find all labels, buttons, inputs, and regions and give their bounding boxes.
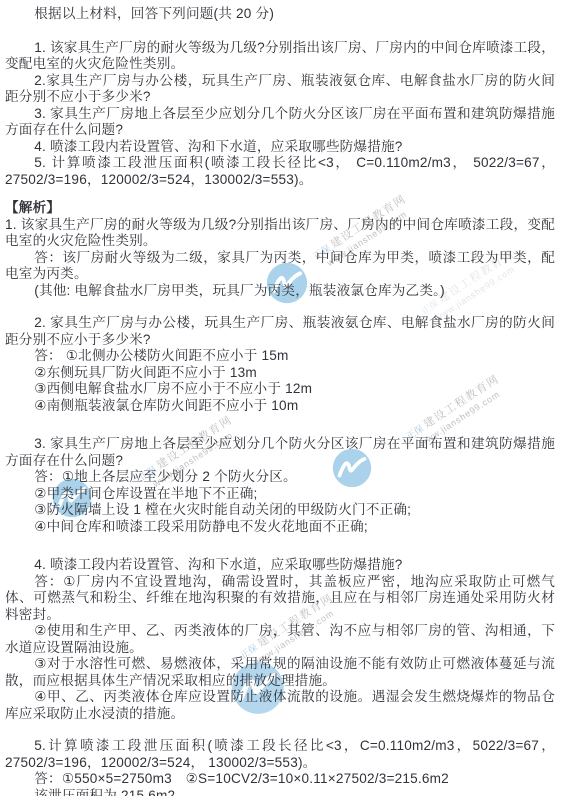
paragraph: 4. 喷漆工段内若设置管、沟和下水道，应采取哪些防爆措施? <box>5 557 555 574</box>
paragraph: 答：①厂房内不宜设置地沟，确需设置时，其盖板应严密，地沟应采取防止可燃气体、可燃… <box>5 574 555 624</box>
paragraph: 答：该厂房耐火等级为二级，家具厂为丙类，中间仓库为甲类，喷漆工段为甲类，配电室为… <box>5 250 555 283</box>
paragraph: 答： ①北侧办公楼防火间距不应小于 15m <box>5 348 555 365</box>
document-text: 根据以上材料，回答下列问题(共 20 分)1. 该家具生产厂房的耐火等级为几级?… <box>0 0 561 796</box>
paragraph: 2.家具生产厂房与办公楼，玩具生产厂房、瓶装液氨仓库、电解食盐水厂房的防火间距分… <box>5 73 555 106</box>
paragraph: ③西侧电解食盐水厂房不应小于不应小于 12m <box>5 381 555 398</box>
paragraph: ③防火隔墙上设 1 樘在火灾时能自动关闭的甲级防火门不正确; <box>5 502 555 519</box>
paragraph: ③对于水溶性可燃、易燃液体，采用常规的隔油设施不能有效防止可燃液体蔓延与流散，而… <box>5 656 555 689</box>
paragraph: ②使用和生产甲、乙、丙类液体的厂房，其管、沟不应与相邻厂房的管、沟相通，下水道应… <box>5 623 555 656</box>
paragraph: 【解析】 <box>5 200 555 217</box>
paragraph: ②东侧玩具厂防火间距不应小于 13m <box>5 365 555 382</box>
paragraph: 该泄压面积为 215.6m2。 <box>5 788 555 796</box>
paragraph: ②甲类中间仓库设置在半地下不正确; <box>5 486 555 503</box>
document-page: 正保建设工程教育网www.jianshe99.com正保建设工程教育网www.j… <box>0 0 561 796</box>
paragraph: 1. 该家具生产厂房的耐火等级为几级?分别指出该厂房、厂房内的中间仓库喷漆工段，… <box>5 40 555 73</box>
paragraph: 4. 喷漆工段内若设置管、沟和下水道，应采取哪些防爆措施? <box>5 139 555 156</box>
paragraph: (其他: 电解食盐水厂房甲类，玩具厂为丙类，瓶装液氯仓库为乙类。) <box>5 283 555 300</box>
paragraph: 根据以上材料，回答下列问题(共 20 分) <box>5 6 555 23</box>
paragraph: 答：①550×5=2750m3 ②S=10CV2/3=10×0.11×27502… <box>5 771 555 788</box>
paragraph: 2. 家具生产厂房与办公楼，玩具生产厂房、瓶装液氨仓库、电解食盐水厂房的防火间距… <box>5 315 555 348</box>
paragraph: 答：①地上各层应至少划分 2 个防火分区。 <box>5 469 555 486</box>
paragraph: 1. 该家具生产厂房的耐火等级为几级?分别指出该厂房、厂房内的中间仓库喷漆工段，… <box>5 217 555 250</box>
paragraph: ④南侧瓶装液氯仓库防火间距不应小于 10m <box>5 398 555 415</box>
paragraph: 3. 家具生产厂房地上各层至少应划分几个防火分区该厂房在平面布置和建筑防爆措施方… <box>5 436 555 469</box>
paragraph: 5.计算喷漆工段泄压面积(喷漆工段长径比<3，C=0.110m2/m3，5022… <box>5 738 555 771</box>
paragraph: ④甲、乙、丙类液体仓库应设置防止液体流散的设施。遇湿会发生燃烧爆炸的物品仓库应采… <box>5 689 555 722</box>
paragraph: 3. 家具生产厂房地上各层至少应划分几个防火分区该厂房在平面布置和建筑防爆措施方… <box>5 106 555 139</box>
paragraph: ④中间仓库和喷漆工段采用防静电不发火花地面不正确; <box>5 519 555 536</box>
paragraph: 5. 计算喷漆工段泄压面积(喷漆工段长径比<3， C=0.110m2/m3， 5… <box>5 155 555 188</box>
